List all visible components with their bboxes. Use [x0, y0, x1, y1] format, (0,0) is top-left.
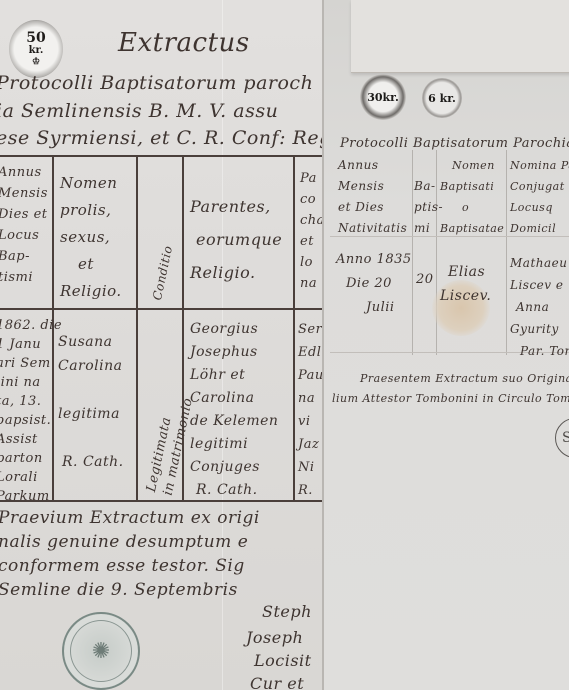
envelope-flap [351, 0, 569, 73]
signature-line: Cur et [250, 674, 304, 690]
col-header-date: Annus Mensis Dies et Locus Bap- tismi [0, 162, 48, 288]
certification-line: lium Attestor Tombonini in Circulo Tom [332, 392, 569, 405]
certification-line: Semline die 9. Septembris [0, 580, 238, 600]
header-line: Protocolli Baptisatorum paroch [0, 72, 313, 94]
col-header-parents: Nomina Par Conjugat Locusq Domicil [510, 155, 569, 239]
col-header-baptism: Ba- ptis- mi [414, 176, 443, 239]
certification-line: Praesentem Extractum suo Originali [360, 372, 569, 385]
header-line: ia Semlinensis B. M. V. assu [0, 100, 278, 122]
right-document: 30kr. 6 kr. Protocolli Baptisatorum Paro… [322, 0, 569, 690]
cell-child-name: Susana Carolina legitima R. Cath. [58, 330, 124, 474]
table-rule [0, 308, 326, 310]
table-rule [293, 155, 295, 502]
cell-child-name: Elias Liscev. [440, 260, 491, 308]
stamp-unit: kr. [29, 45, 44, 57]
certification-line: conformem esse testor. Sig [0, 556, 245, 576]
table-rule [412, 150, 413, 355]
seal-emblem-icon: ✺ [92, 639, 110, 664]
cell-conditio: Legitimata in matrimonio [143, 393, 197, 497]
stamp-value: 6 kr. [428, 92, 456, 105]
cell-parents: Mathaeu Liscev e Anna Gyurity Par. Tom [510, 252, 569, 362]
certification-line: nalis genuine desumptum e [0, 532, 248, 552]
revenue-stamp-6kr: 6 kr. [422, 78, 462, 118]
cell-date: 1862. die 1 Janu ari Sem lini na ta, 13.… [0, 316, 62, 506]
certification-line: Praevium Extractum ex origi [0, 508, 260, 528]
cell-parents: Georgius Josephus Löhr et Carolina de Ke… [190, 318, 278, 502]
table-rule [136, 155, 138, 502]
col-header-name: Nomen Baptisati o Baptisatae [440, 155, 504, 239]
revenue-stamp-50kr: 50 kr. ♔ [9, 20, 63, 78]
col-header-conditio: Conditio [147, 244, 179, 303]
cell-baptism-day: 20 [416, 272, 434, 287]
header-line: Protocolli Baptisatorum Parochiae [340, 136, 569, 151]
table-rule [0, 155, 326, 157]
stamp-value: 50 [26, 31, 45, 45]
parish-seal: ✺ [62, 612, 140, 690]
table-rule [506, 150, 507, 355]
signature-line: Joseph [246, 628, 303, 647]
left-document: 50 kr. ♔ Extractus Protocolli Baptisator… [0, 0, 326, 690]
cell-nativity: Anno 1835 Die 20 Julii [336, 248, 412, 320]
signature-line: Locisit [254, 651, 312, 670]
eagle-icon: ♔ [32, 57, 40, 67]
revenue-stamp-30kr: 30kr. [360, 74, 406, 120]
header-line: ese Syrmiensi, et C. R. Conf: Regne [0, 127, 326, 149]
document-title: Extractus [118, 28, 250, 58]
cell-partial: Ser Edl Pau na vi Jaz Ni R. [298, 318, 324, 502]
col-header-nativity: Annus Mensis et Dies Nativitatis [338, 155, 407, 239]
col-header-parents: Parentes, eorumque Religio. [190, 190, 282, 289]
stamp-value: 30kr. [367, 91, 399, 104]
postmark-letter: S [562, 430, 569, 446]
col-header-name: Nomen prolis, sexus, et Religio. [60, 170, 122, 305]
signature-line: Steph [262, 602, 312, 621]
